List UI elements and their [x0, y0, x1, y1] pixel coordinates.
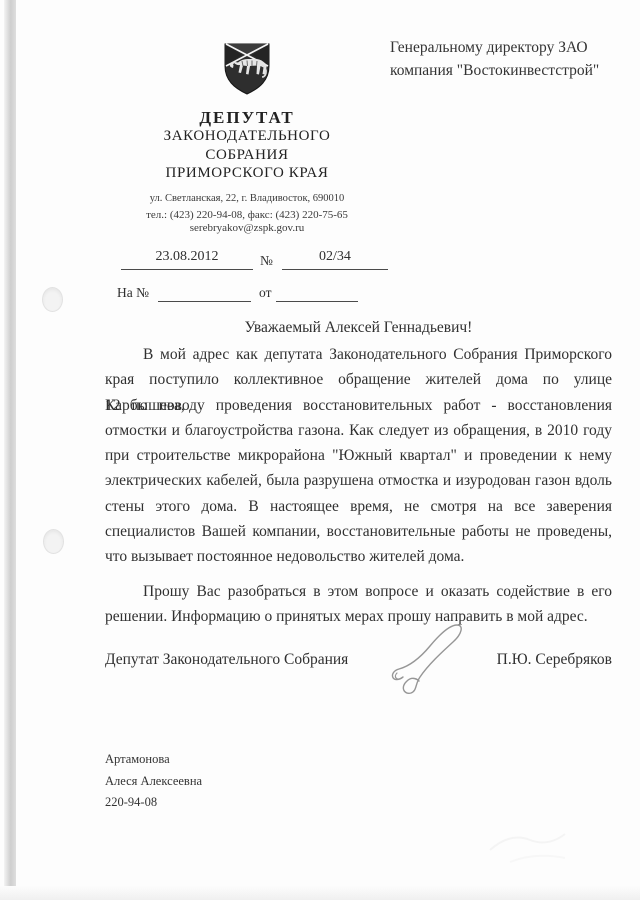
recipient-line: компания "Востокинвестстрой" [390, 59, 620, 82]
outgoing-number-field: 02/34 [282, 249, 388, 270]
letterhead-title: ЗАКОНОДАТЕЛЬНОГО [105, 127, 389, 146]
letterhead-phone: тел.: (423) 220-94-08, факс: (423) 220-7… [105, 209, 389, 222]
body-line: 12 по поводу проведения восстановительны… [105, 393, 612, 418]
executor-name: Алеся Алексеевна [105, 771, 202, 793]
body-line: Прошу Вас разобраться в этом вопросе и о… [105, 579, 612, 604]
signature-row: Депутат Законодательного Собрания П.Ю. С… [105, 651, 612, 669]
number-sign-label: № [260, 253, 273, 270]
body-line: края поступило коллективное обращение жи… [105, 367, 612, 392]
signer-name: П.Ю. Серебряков [497, 651, 612, 669]
from-date-field [276, 281, 358, 302]
punch-hole [42, 287, 63, 312]
scan-bottom-edge-shadow [0, 886, 640, 900]
letterhead-email: serebryakov@zspk.gov.ru [105, 222, 389, 235]
date-field: 23.08.2012 [121, 249, 253, 270]
salutation: Уважаемый Алексей Геннадьевич! [105, 319, 612, 337]
body-line: решении. Информацию о принятых мерах про… [105, 604, 612, 629]
body-line: электрических кабелей, была разрушена от… [105, 468, 612, 493]
body-line: специалистов Вашей компании, восстановит… [105, 519, 612, 544]
letterhead: ДЕПУТАТ ЗАКОНОДАТЕЛЬНОГО СОБРАНИЯ ПРИМОР… [105, 42, 389, 235]
body-line: стены этого дома. В настоящее время, не … [105, 494, 612, 519]
letterhead-title: ПРИМОРСКОГО КРАЯ [105, 164, 389, 183]
scanned-letter-page: Генеральному директору ЗАО компания "Вос… [0, 0, 640, 900]
executor-surname: Артамонова [105, 749, 202, 771]
executor-phone: 220-94-08 [105, 792, 202, 814]
punch-hole [43, 529, 64, 554]
letterhead-title: СОБРАНИЯ [105, 146, 389, 165]
scan-left-edge-shadow [4, 0, 16, 886]
handwritten-signature-icon [383, 621, 475, 697]
signer-position: Депутат Законодательного Собрания [105, 651, 348, 669]
reference-row-date: 23.08.2012 № 02/34 [121, 249, 388, 270]
recipient-block: Генеральному директору ЗАО компания "Вос… [390, 36, 620, 82]
body-line: В мой адрес как депутата Законодательног… [105, 342, 612, 367]
letter-body: В мой адрес как депутата Законодательног… [105, 342, 612, 629]
paragraph: Прошу Вас разобраться в этом вопросе и о… [105, 579, 612, 630]
paragraph: В мой адрес как депутата Законодательног… [105, 342, 612, 570]
letterhead-title: ДЕПУТАТ [105, 108, 389, 127]
scan-smudge [480, 810, 600, 870]
body-line: что вызывает постоянное недовольство жит… [105, 544, 612, 569]
letterhead-address: ул. Светланская, 22, г. Владивосток, 690… [105, 192, 389, 205]
incoming-number-field [158, 281, 251, 302]
body-line: отмостки и благоустройства газона. Как с… [105, 418, 612, 443]
body-line: при строительстве микрорайона "Южный ква… [105, 443, 612, 468]
coat-of-arms-icon [222, 42, 272, 96]
incoming-number-label: На № [117, 285, 149, 302]
reference-row-incoming: На № от [117, 281, 358, 302]
recipient-line: Генеральному директору ЗАО [390, 36, 620, 59]
executor-block: Артамонова Алеся Алексеевна 220-94-08 [105, 749, 202, 814]
from-date-label: от [259, 285, 271, 302]
